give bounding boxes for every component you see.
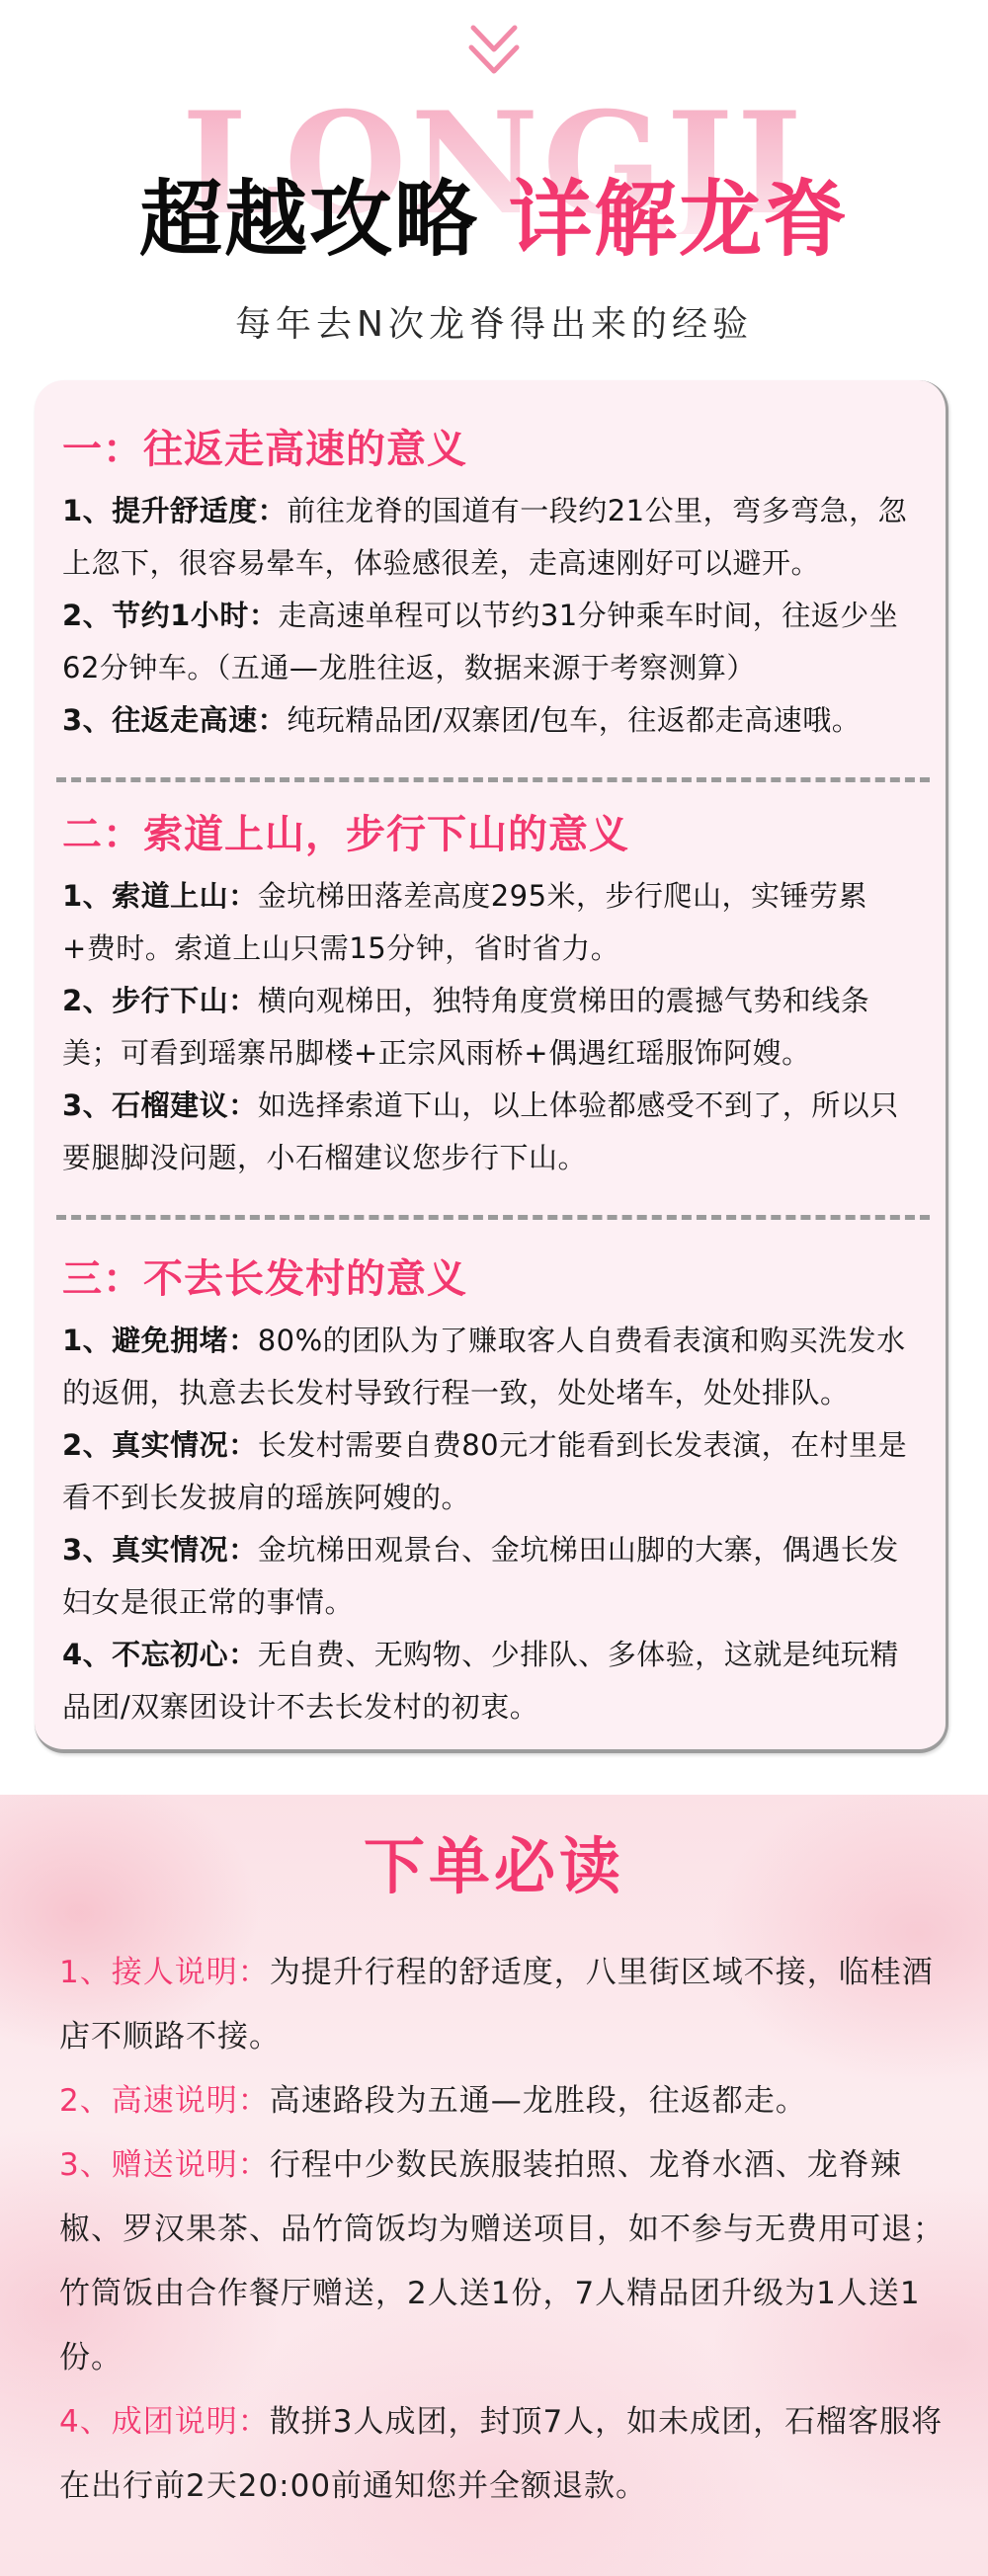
notice-item-lead: 4、成团说明：: [59, 2404, 270, 2440]
list-item: 3、往返走高速：纯玩精品团/双寨团/包车，往返都走高速哦。: [62, 694, 918, 747]
page-title: 超越攻略详解龙脊: [0, 178, 988, 261]
notice-item-lead: 2、高速说明：: [59, 2083, 270, 2119]
item-lead: 1、索道上山：: [62, 879, 258, 913]
section-title: 三：不去长发村的意义: [62, 1259, 918, 1299]
notice-item: 2、高速说明：高速路段为五通—龙胜段，往返都走。: [59, 2069, 948, 2133]
item-lead: 4、不忘初心：: [62, 1638, 258, 1671]
item-lead: 3、石榴建议：: [62, 1088, 258, 1122]
notice-item: 4、成团说明：散拼3人成团，封顶7人，如未成团，石榴客服将在出行前2天20:00…: [59, 2390, 948, 2519]
list-item: 4、不忘初心：无自费、无购物、少排队、多体验，这就是纯玩精品团/双寨团设计不去长…: [62, 1629, 918, 1733]
item-lead: 1、提升舒适度：: [62, 494, 287, 527]
title-pink-part: 详解龙脊: [509, 170, 849, 268]
list-item: 2、真实情况：长发村需要自费80元才能看到长发表演，在村里是看不到长发披肩的瑶族…: [62, 1419, 918, 1524]
item-lead: 2、步行下山：: [62, 984, 258, 1017]
header: LONGJI 超越攻略详解龙脊 每年去N次龙脊得出来的经验: [0, 0, 988, 380]
section-cableway: 二：索道上山，步行下山的意义 1、索道上山：金坑梯田落差高度295米，步行爬山，…: [62, 815, 918, 1184]
notice-list: 1、接人说明：为提升行程的舒适度，八里街区域不接，临桂酒店不顺路不接。 2、高速…: [59, 1941, 948, 2519]
dashed-divider: [56, 1215, 930, 1220]
item-lead: 2、真实情况：: [62, 1428, 258, 1462]
notice-item: 1、接人说明：为提升行程的舒适度，八里街区域不接，临桂酒店不顺路不接。: [59, 1941, 948, 2069]
guide-card: 一：往返走高速的意义 1、提升舒适度：前往龙脊的国道有一段约21公里，弯多弯急，…: [35, 380, 948, 1753]
section-title: 一：往返走高速的意义: [62, 430, 918, 469]
list-item: 1、索道上山：金坑梯田落差高度295米，步行爬山，实锤劳累+费时。索道上山只需1…: [62, 870, 918, 975]
list-item: 2、步行下山：横向观梯田，独特角度赏梯田的震撼气势和线条美；可看到瑶寨吊脚楼+正…: [62, 975, 918, 1080]
item-lead: 2、节约1小时：: [62, 599, 278, 632]
dashed-divider: [56, 777, 930, 782]
section-highway: 一：往返走高速的意义 1、提升舒适度：前往龙脊的国道有一段约21公里，弯多弯急，…: [62, 430, 918, 747]
double-chevron-down-icon: [467, 22, 521, 77]
notice-item-text: 高速路段为五通—龙胜段，往返都走。: [270, 2083, 807, 2119]
item-lead: 1、避免拥堵：: [62, 1324, 258, 1357]
notice-item: 3、赠送说明：行程中少数民族服装拍照、龙脊水酒、龙脊辣椒、罗汉果茶、品竹筒饭均为…: [59, 2133, 948, 2390]
list-item: 2、节约1小时：走高速单程可以节约31分钟乘车时间，往返少坐62分钟车。（五通—…: [62, 590, 918, 694]
item-text: 纯玩精品团/双寨团/包车，往返都走高速哦。: [287, 703, 861, 737]
item-lead: 3、真实情况：: [62, 1533, 258, 1567]
list-item: 1、避免拥堵：80%的团队为了赚取客人自费看表演和购买洗发水的返佣，执意去长发村…: [62, 1315, 918, 1419]
title-black-part: 超越攻略: [139, 170, 479, 268]
list-item: 3、真实情况：金坑梯田观景台、金坑梯田山脚的大寨，偶遇长发妇女是很正常的事情。: [62, 1524, 918, 1629]
section-long-hair-village: 三：不去长发村的意义 1、避免拥堵：80%的团队为了赚取客人自费看表演和购买洗发…: [62, 1259, 918, 1733]
item-lead: 3、往返走高速：: [62, 703, 287, 737]
section-title: 二：索道上山，步行下山的意义: [62, 815, 918, 854]
notice-item-lead: 1、接人说明：: [59, 1955, 270, 1990]
notice-item-lead: 3、赠送说明：: [59, 2147, 270, 2183]
list-item: 3、石榴建议：如选择索道下山，以上体验都感受不到了，所以只要腿脚没问题，小石榴建…: [62, 1080, 918, 1184]
list-item: 1、提升舒适度：前往龙脊的国道有一段约21公里，弯多弯急，忽上忽下，很容易晕车，…: [62, 485, 918, 590]
notice-title: 下单必读: [0, 1836, 988, 1897]
page-subtitle: 每年去N次龙脊得出来的经验: [0, 296, 988, 347]
order-notice-section: 下单必读 1、接人说明：为提升行程的舒适度，八里街区域不接，临桂酒店不顺路不接。…: [0, 1795, 988, 2576]
